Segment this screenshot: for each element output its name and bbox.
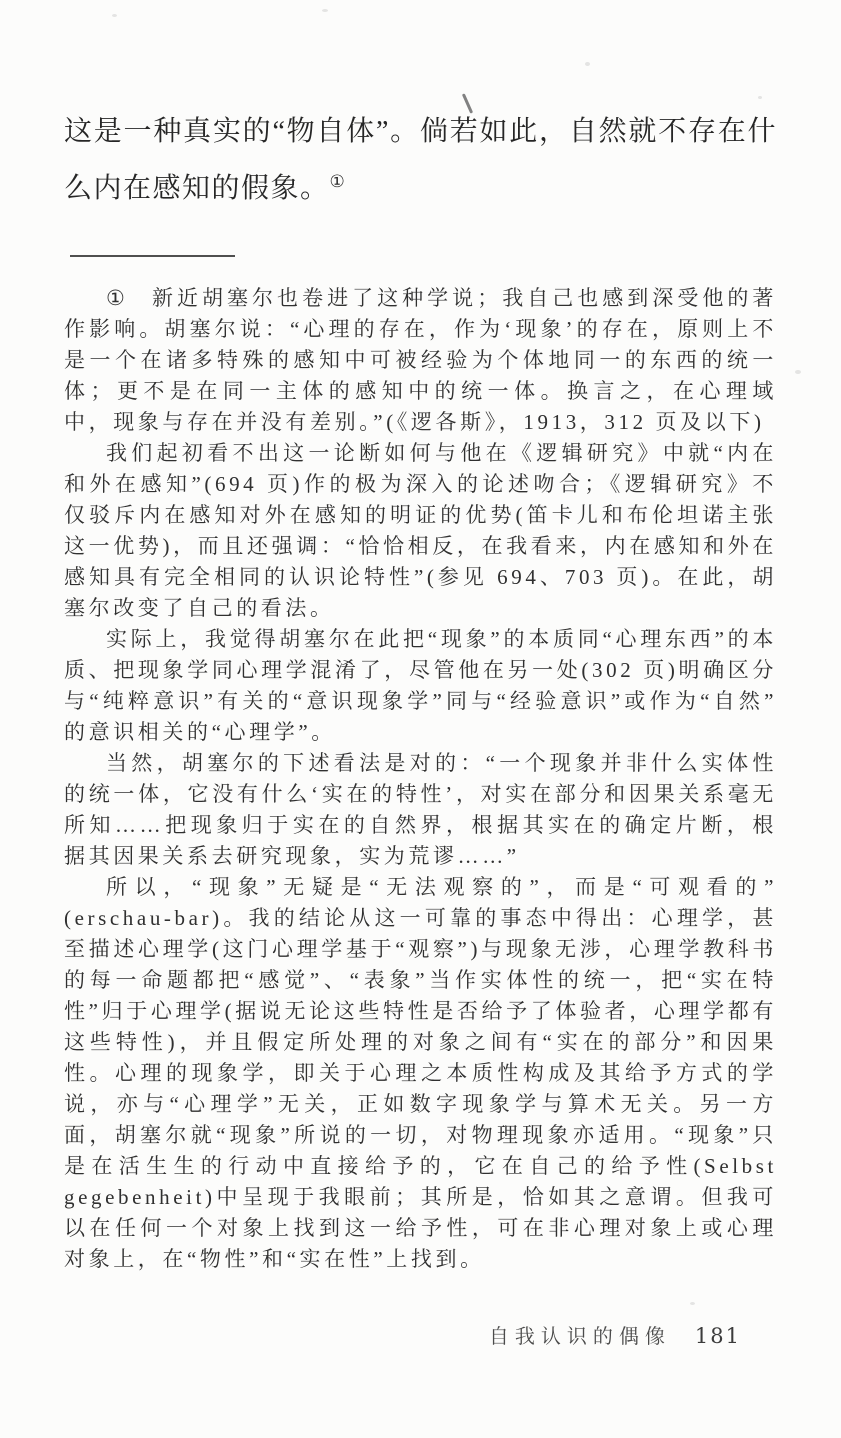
footnote-block: ①新近胡塞尔也卷进了这种学说；我自己也感到深受他的著作影响。胡塞尔说：“心理的存…	[64, 283, 777, 1275]
footnote-paragraph-text: 新近胡塞尔也卷进了这种学说；我自己也感到深受他的著作影响。胡塞尔说：“心理的存在…	[64, 286, 777, 434]
footnote-reference: ①	[330, 172, 345, 191]
text-column: 这是一种真实的“物自体”。倘若如此，自然就不存在什么内在感知的假象。① ①新近胡…	[64, 103, 777, 1275]
running-head-chapter-title: 自我认识的偶像	[489, 1320, 671, 1349]
scan-speck	[585, 62, 590, 66]
scan-speck	[758, 96, 762, 99]
footnote-paragraph: 我们起初看不出这一论断如何与他在《逻辑研究》中就“内在和外在感知”(694 页)…	[64, 438, 777, 624]
footnote-marker: ①	[106, 286, 129, 310]
footnote-separator-rule	[70, 255, 235, 257]
footnote-paragraph: ①新近胡塞尔也卷进了这种学说；我自己也感到深受他的著作影响。胡塞尔说：“心理的存…	[64, 283, 777, 438]
scan-speck	[795, 370, 801, 374]
footnote-paragraph: 所以，“现象”无疑是“无法观察的”，而是“可观看的”(erschau-bar)。…	[64, 872, 777, 1275]
footnote-paragraph-text: 我们起初看不出这一论断如何与他在《逻辑研究》中就“内在和外在感知”(694 页)…	[64, 441, 777, 620]
body-text: 这是一种真实的“物自体”。倘若如此，自然就不存在什么内在感知的假象。	[64, 116, 777, 204]
body-paragraph: 这是一种真实的“物自体”。倘若如此，自然就不存在什么内在感知的假象。①	[64, 103, 777, 217]
page-number: 181	[695, 1324, 741, 1348]
scan-speck	[690, 1302, 695, 1305]
footnote-paragraph: 实际上，我觉得胡塞尔在此把“现象”的本质同“心理东西”的本质、把现象学同心理学混…	[64, 624, 777, 748]
footnote-paragraph-text: 当然，胡塞尔的下述看法是对的：“一个现象并非什么实体性的统一体，它没有什么‘实在…	[64, 751, 777, 868]
scan-speck	[112, 14, 117, 17]
footnote-paragraph-text: 实际上，我觉得胡塞尔在此把“现象”的本质同“心理东西”的本质、把现象学同心理学混…	[64, 627, 777, 744]
footnote-paragraph-text: 所以，“现象”无疑是“无法观察的”，而是“可观看的”(erschau-bar)。…	[64, 875, 777, 1271]
scanned-book-page: 这是一种真实的“物自体”。倘若如此，自然就不存在什么内在感知的假象。① ①新近胡…	[0, 0, 841, 1438]
footnote-paragraph: 当然，胡塞尔的下述看法是对的：“一个现象并非什么实体性的统一体，它没有什么‘实在…	[64, 748, 777, 872]
scan-speck	[322, 9, 328, 12]
page-footer: 自我认识的偶像 181	[489, 1320, 741, 1349]
